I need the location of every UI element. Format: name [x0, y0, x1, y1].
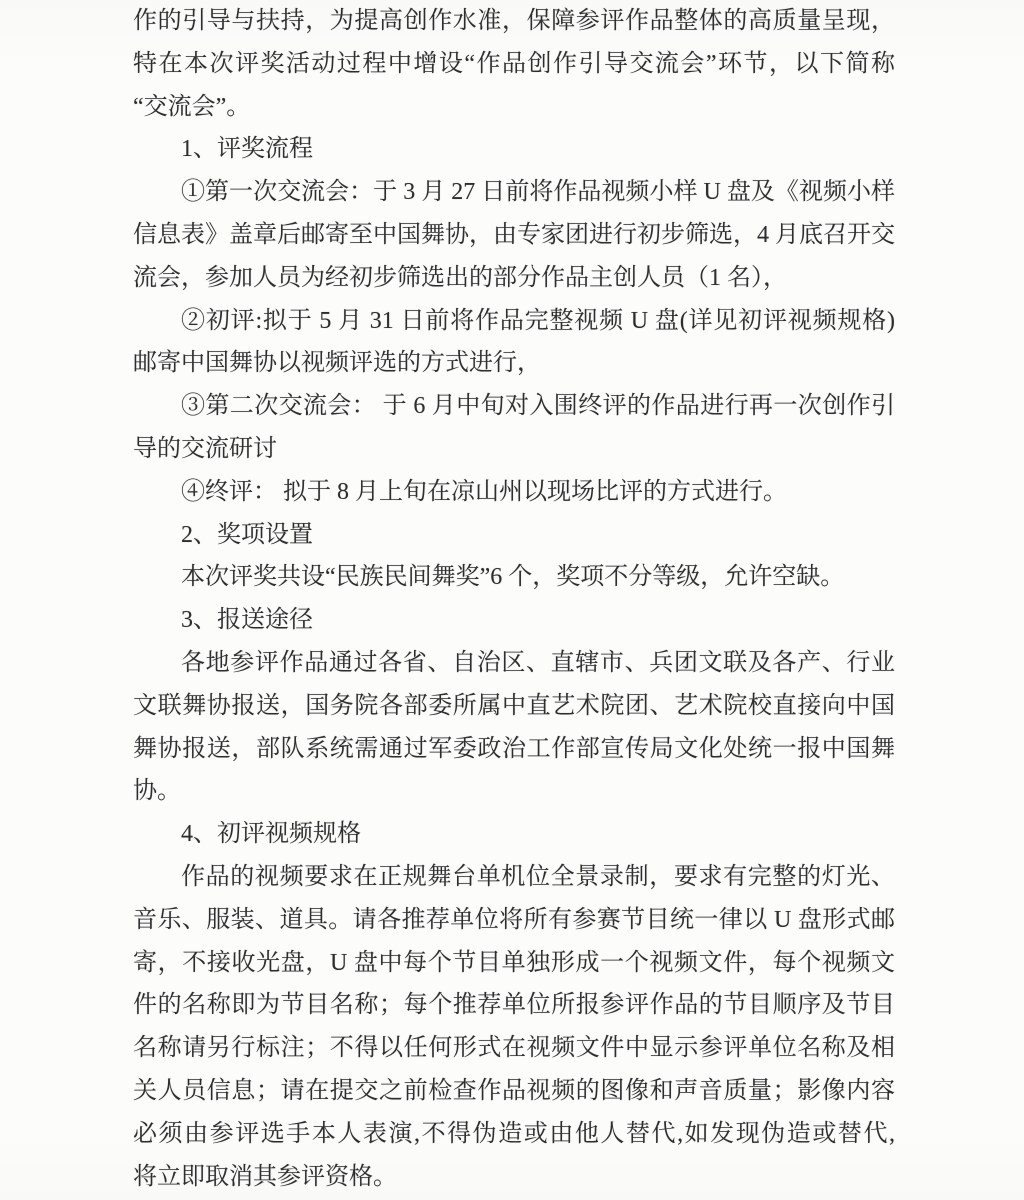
text-line: 4、初评视频规格 — [133, 813, 895, 856]
text-line: 特在本次评奖活动过程中增设“作品创作引导交流会”环节，以下简称 — [133, 43, 895, 86]
text-line: 1、评奖流程 — [133, 128, 895, 171]
text-line: 协。 — [133, 770, 895, 813]
text-line: 作的引导与扶持，为提高创作水准，保障参评作品整体的高质量呈现， — [133, 0, 895, 43]
text-line: ①第一次交流会：于 3 月 27 日前将作品视频小样 U 盘及《视频小样 — [133, 171, 895, 214]
text-line: ③第二次交流会： 于 6 月中旬对入围终评的作品进行再一次创作引 — [133, 385, 895, 428]
paragraph-section3-body: 各地参评作品通过各省、自治区、直辖市、兵团文联及各产、行业文联舞协报送，国务院各… — [133, 642, 895, 813]
text-line: 2、奖项设置 — [133, 514, 895, 557]
paragraph-step2-preliminary-review: ②初评:拟于 5 月 31 日前将作品完整视频 U 盘(详见初评视频规格)邮寄中… — [133, 300, 895, 386]
text-line: 文联舞协报送，国务院各部委所属中直艺术院团、艺术院校直接向中国 — [133, 685, 895, 728]
paragraph-intro-continued: 作的引导与扶持，为提高创作水准，保障参评作品整体的高质量呈现，特在本次评奖活动过… — [133, 0, 895, 128]
text-line: 关人员信息；请在提交之前检查作品视频的图像和声音质量；影像内容 — [133, 1070, 895, 1113]
text-line: 名称请另行标注；不得以任何形式在视频文件中显示参评单位名称及相 — [133, 1027, 895, 1070]
document-text-block: 作的引导与扶持，为提高创作水准，保障参评作品整体的高质量呈现，特在本次评奖活动过… — [133, 0, 895, 1198]
text-line: 本次评奖共设“民族民间舞奖”6 个，奖项不分等级，允许空缺。 — [133, 556, 895, 599]
text-line: “交流会”。 — [133, 86, 895, 129]
text-line: 舞协报送，部队系统需通过军委政治工作部宣传局文化处统一报中国舞 — [133, 728, 895, 771]
text-line: ②初评:拟于 5 月 31 日前将作品完整视频 U 盘(详见初评视频规格) — [133, 300, 895, 343]
paragraph-step1-first-exchange: ①第一次交流会：于 3 月 27 日前将作品视频小样 U 盘及《视频小样信息表》… — [133, 171, 895, 299]
paragraph-section4-body: 作品的视频要求在正规舞台单机位全景录制，要求有完整的灯光、音乐、服装、道具。请各… — [133, 856, 895, 1198]
text-line: 寄，不接收光盘，U 盘中每个节目单独形成一个视频文件，每个视频文 — [133, 942, 895, 985]
text-line: 必须由参评选手本人表演,不得伪造或由他人替代,如发现伪造或替代, — [133, 1113, 895, 1156]
text-line: 将立即取消其参评资格。 — [133, 1156, 895, 1199]
paragraph-section2-heading: 2、奖项设置 — [133, 514, 895, 557]
paragraph-step3-second-exchange: ③第二次交流会： 于 6 月中旬对入围终评的作品进行再一次创作引导的交流研讨 — [133, 385, 895, 471]
text-line: 3、报送途径 — [133, 599, 895, 642]
text-line: 音乐、服装、道具。请各推荐单位将所有参赛节目统一律以 U 盘形式邮 — [133, 899, 895, 942]
paragraph-section4-heading: 4、初评视频规格 — [133, 813, 895, 856]
text-line: 导的交流研讨 — [133, 428, 895, 471]
text-line: 流会，参加人员为经初步筛选出的部分作品主创人员（1 名）， — [133, 257, 895, 300]
paragraph-section1-heading: 1、评奖流程 — [133, 128, 895, 171]
paragraph-section3-heading: 3、报送途径 — [133, 599, 895, 642]
text-line: ④终评： 拟于 8 月上旬在凉山州以现场比评的方式进行。 — [133, 471, 895, 514]
text-line: 邮寄中国舞协以视频评选的方式进行， — [133, 342, 895, 385]
text-line: 各地参评作品通过各省、自治区、直辖市、兵团文联及各产、行业 — [133, 642, 895, 685]
text-line: 信息表》盖章后邮寄至中国舞协，由专家团进行初步筛选，4 月底召开交 — [133, 214, 895, 257]
paragraph-step4-final-review: ④终评： 拟于 8 月上旬在凉山州以现场比评的方式进行。 — [133, 471, 895, 514]
text-line: 作品的视频要求在正规舞台单机位全景录制，要求有完整的灯光、 — [133, 856, 895, 899]
text-line: 件的名称即为节目名称；每个推荐单位所报参评作品的节目顺序及节目 — [133, 984, 895, 1027]
paragraph-section2-body: 本次评奖共设“民族民间舞奖”6 个，奖项不分等级，允许空缺。 — [133, 556, 895, 599]
document-page: 作的引导与扶持，为提高创作水准，保障参评作品整体的高质量呈现，特在本次评奖活动过… — [0, 0, 1024, 1200]
